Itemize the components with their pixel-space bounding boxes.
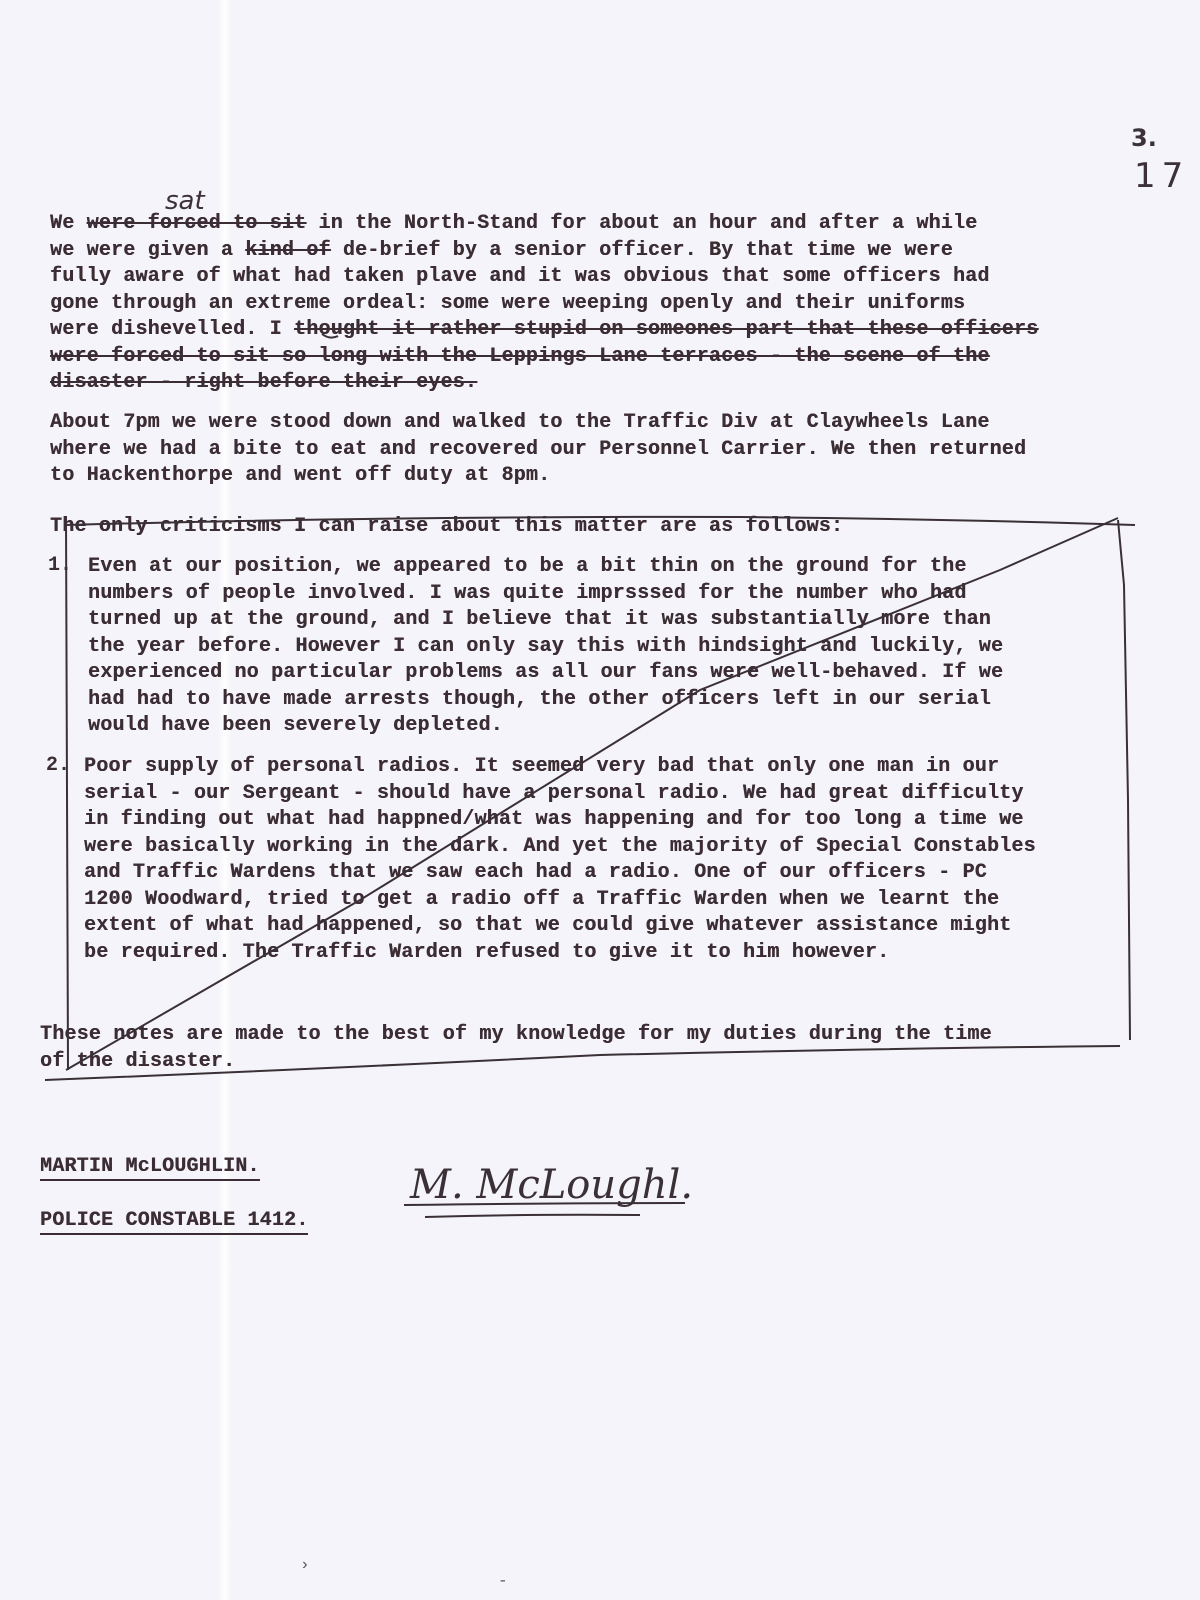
handwritten-annotations	[0, 0, 1200, 1600]
signature-underline	[404, 1203, 685, 1205]
crossout-box	[66, 517, 1135, 525]
crossout-diagonal	[66, 518, 1118, 1070]
